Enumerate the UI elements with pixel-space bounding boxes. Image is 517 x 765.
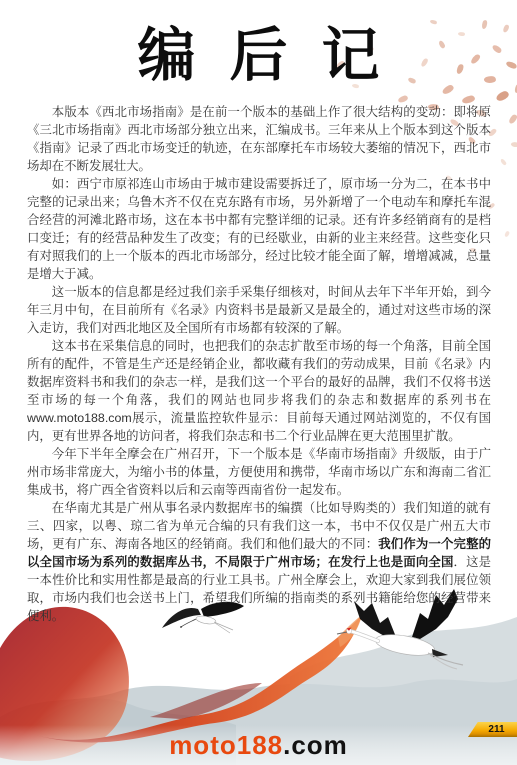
- paragraph-1: 本版本《西北市场指南》是在前一个版本的基础上作了很大结构的变动：即将原《三北市场…: [27, 103, 491, 175]
- petal-icon: [495, 90, 510, 102]
- petal-icon: [504, 230, 511, 237]
- paragraph-5: 今年下半年全摩会在广州召开，下一个版本是《华南市场指南》升级版，由于广州市场非常…: [27, 445, 491, 499]
- site-name: moto188: [169, 730, 283, 760]
- paragraph-3: 这一版本的信息都是经过我们亲手采集仔细核对，时间从去年下半年开始，到今年三月中旬…: [27, 283, 491, 337]
- paragraph-2: 如：西宁市原祁连山市场由于城市建设需要拆迁了，原市场一分为二，在本书中完整的记录…: [27, 175, 491, 283]
- article-body: 本版本《西北市场指南》是在前一个版本的基础上作了很大结构的变动：即将原《三北市场…: [27, 103, 491, 625]
- paragraph-4: 这本书在采集信息的同时，也把我们的杂志扩散至市场的每一个角落，目前全国所有的配件…: [27, 337, 491, 445]
- website-url: moto188.com: [0, 730, 517, 761]
- petal-icon: [507, 113, 517, 124]
- site-tld: .com: [283, 730, 348, 760]
- petal-icon: [510, 141, 517, 148]
- petal-icon: [500, 158, 507, 166]
- paragraph-6: 在华南尤其是广州从事名录内数据库书的编撰（比如导购类的）我们知道的就有三、四家，…: [27, 499, 491, 625]
- book-page: 编后记 本版本《西北市场指南》是在前一个版本的基础上作了很大结构的变动：即将原《…: [0, 0, 517, 765]
- petal-icon: [397, 95, 408, 103]
- page-title: 编后记: [0, 22, 517, 89]
